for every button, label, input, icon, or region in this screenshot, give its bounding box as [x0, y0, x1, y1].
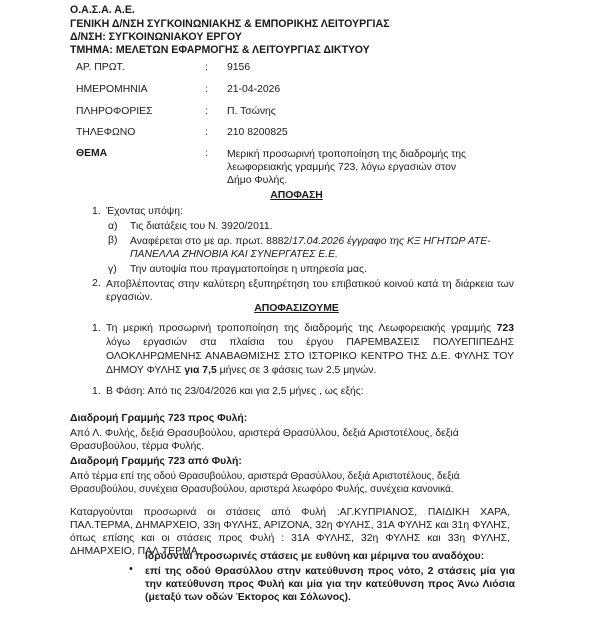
route-text-to-fyli: Από Λ. Φυλής, δεξιά Θρασυβούλου, αριστερ… [70, 427, 465, 453]
meta-value-info: Π. Τσώνης [227, 106, 276, 117]
route-text-from-fyli: Από τέρμα επί της οδού Θρασυβούλου, αρισ… [70, 470, 480, 496]
meta-label-subject: ΘΕΜΑ [76, 148, 107, 159]
meta-value-subject: Μερική προσωρινή τροποποίηση της διαδρομ… [227, 148, 477, 187]
meta-label-info: ΠΛΗΡΟΦΟΡΙΕΣ [76, 106, 153, 117]
directorate: Δ/ΝΣΗ: ΣΥΓΚΟΙΝΩΝΙΑΚΟΥ ΕΡΓΟΥ [70, 31, 242, 43]
decision-sub-text: Αναφέρεται στο με αρ. πρωτ. 8882/17.04.2… [130, 235, 510, 261]
line-number: 723 [497, 323, 514, 334]
resolve-title: ΑΠΟΦΑΣΙΖΟΥΜΕ [0, 303, 593, 314]
meta-label-protocol: ΑΡ. ΠΡΩΤ. [76, 62, 125, 73]
decision-sub-text: Την αυτοψία που πραγματοποίησε η υπηρεσί… [130, 264, 367, 275]
decision-item-num: 2. [92, 278, 101, 289]
meta-colon: : [205, 84, 208, 95]
org-name: Ο.Α.Σ.Α. Α.Ε. [70, 4, 135, 16]
resolve-text-part: μήνες σε 3 φάσεις των 2,5 μηνών. [217, 365, 377, 376]
document-page: Ο.Α.Σ.Α. Α.Ε. ΓΕΝΙΚΗ Δ/ΝΣΗ ΣΥΓΚΟΙΝΩΝΙΑΚΗ… [0, 0, 593, 622]
decision-sub-letter: α) [108, 221, 117, 232]
meta-colon: : [205, 62, 208, 73]
decision-item-text: Αποβλέποντας στην καλύτερη εξυπηρέτηση τ… [106, 278, 514, 304]
decision-sub-letter: γ) [108, 264, 117, 275]
temp-stops-heading: Ιδρύονται προσωρινές στάσεις με ευθύνη κ… [145, 551, 484, 562]
department: ΤΜΗΜΑ: ΜΕΛΕΤΩΝ ΕΦΑΡΜΟΓΗΣ & ΛΕΙΤΟΥΡΓΙΑΣ Δ… [70, 44, 370, 56]
decision-sub-text: Τις διατάξεις του Ν. 3920/2011. [130, 221, 273, 232]
decision-sub-letter: β) [108, 235, 117, 246]
phase-text: Β Φάση: Από τις 23/04/2026 και για 2,5 μ… [106, 386, 364, 397]
decision-title: ΑΠΟΦΑΣΗ [0, 190, 593, 201]
meta-value-date: 21-04-2026 [227, 84, 280, 95]
resolve-item-num: 1. [92, 323, 101, 334]
meta-label-phone: ΤΗΛΕΦΩΝΟ [76, 127, 135, 138]
meta-label-date: ΗΜΕΡΟΜΗΝΙΑ [76, 84, 148, 95]
meta-colon: : [205, 127, 208, 138]
meta-value-protocol: 9156 [227, 62, 250, 73]
duration: για 7,5 [184, 365, 216, 376]
route-heading-to-fyli: Διαδρομή Γραμμής 723 προς Φυλή: [70, 413, 247, 424]
bullet-icon: • [129, 563, 133, 575]
general-directorate: ΓΕΝΙΚΗ Δ/ΝΣΗ ΣΥΓΚΟΙΝΩΝΙΑΚΗΣ & ΕΜΠΟΡΙΚΗΣ … [70, 18, 390, 30]
decision-sub-text-plain: Αναφέρεται στο με αρ. πρωτ. 8882/ [130, 236, 292, 247]
decision-item-num: 1. [92, 206, 101, 217]
resolve-item-text: Τη μερική προσωρινή τροποποίηση της διαδ… [106, 322, 514, 378]
meta-colon: : [205, 148, 208, 159]
temp-stop-item: επί της οδού Θρασύλλου στην κατεύθυνση π… [145, 565, 515, 604]
meta-value-phone: 210 8200825 [227, 127, 288, 138]
phase-num: 1. [92, 386, 101, 397]
decision-item-text: Έχοντας υπόψη: [106, 206, 183, 217]
route-heading-from-fyli: Διαδρομή Γραμμής 723 από Φυλή: [70, 456, 242, 467]
meta-colon: : [205, 106, 208, 117]
resolve-text-part: Τη μερική προσωρινή τροποποίηση της διαδ… [106, 323, 497, 334]
